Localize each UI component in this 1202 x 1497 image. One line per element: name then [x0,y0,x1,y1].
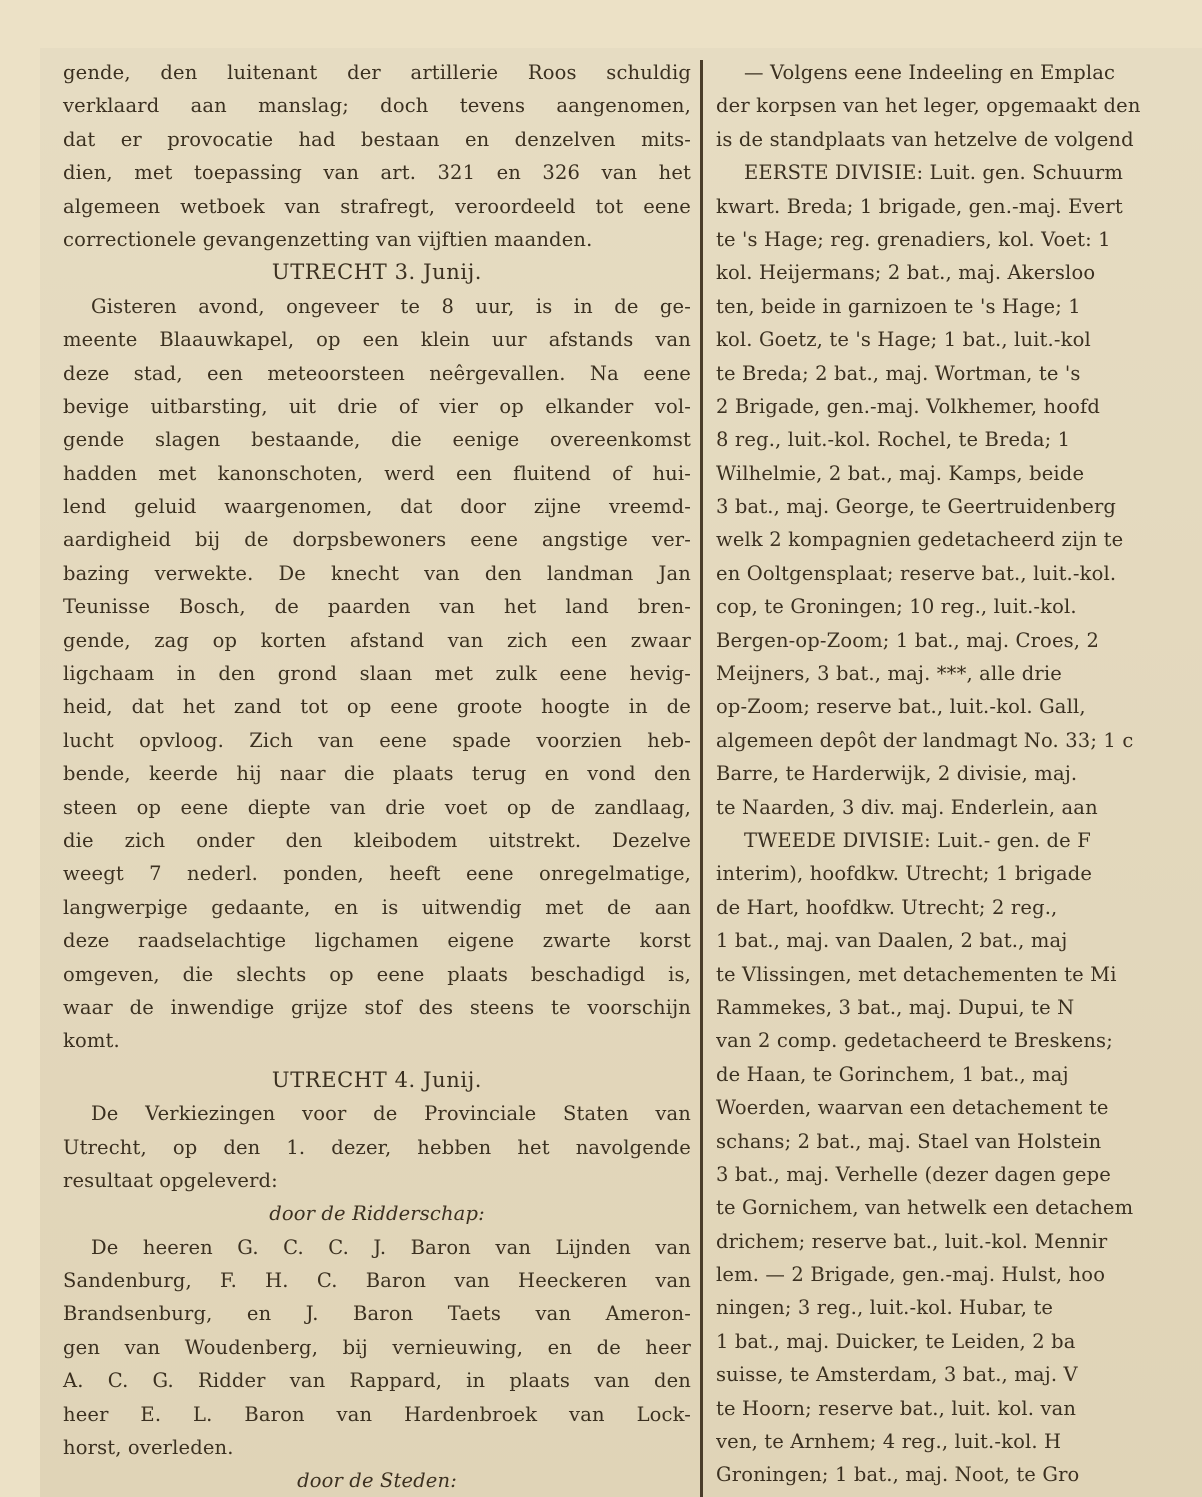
division-heading-line: TWEEDE DIVISIE: Luit.- gen. de F [716,824,1202,857]
text-line: Sandenburg, F. H. C. Baron van Heeckeren… [63,1264,691,1297]
text-line: op-Zoom; reserve bat., luit.-kol. Gall, [716,690,1202,723]
army-dispositions-article: — Volgens eene Indeeling en Emplac der k… [716,56,1202,1492]
text-line: aardigheid bij de dorpsbewoners eene ang… [63,523,691,556]
text-line: te Gornichem, van hetwelk een detachem [716,1191,1202,1224]
article-dateline: UTRECHT 4. Junij. [63,1064,691,1097]
text-line: bevige uitbarsting, uit drie of vier op … [63,390,691,423]
subheading-text: door de Steden: [297,1469,457,1492]
subheading-text: door de Ridderschap: [269,1202,485,1225]
text-line: te Vlissingen, met detachementen te Mi [716,958,1202,991]
text-line: heid, dat het zand tot op eene groote ho… [63,690,691,723]
text-line: 1 bat., maj. van Daalen, 2 bat., maj [716,924,1202,957]
text-line: kol. Goetz, te 's Hage; 1 bat., luit.-ko… [716,323,1202,356]
text-line: 2 Brigade, gen.-maj. Volkhemer, hoofd [716,390,1202,423]
text-line: hadden met kanonschoten, werd een fluite… [63,457,691,490]
text-line: — Volgens eene Indeeling en Emplac [716,56,1202,89]
text-line: Brandsenburg, en J. Baron Taets van Amer… [63,1297,691,1330]
text-line: van 2 comp. gedetacheerd te Breskens; [716,1024,1202,1057]
text-line: Rammekes, 3 bat., maj. Dupui, te N [716,991,1202,1024]
text-line: ven, te Arnhem; 4 reg., luit.-kol. H [716,1425,1202,1458]
text-line: Utrecht, op den 1. dezer, hebben het nav… [63,1131,691,1164]
text-line: dien, met toepassing van art. 321 en 326… [63,156,691,189]
text-line: De Verkiezingen voor de Provinciale Stat… [63,1097,691,1130]
text-line: kol. Heijermans; 2 bat., maj. Akersloo [716,256,1202,289]
right-column-viewport: — Volgens eene Indeeling en Emplac der k… [708,48,1202,1497]
text-line: Teunisse Bosch, de paarden van het land … [63,590,691,623]
division-heading-line: EERSTE DIVISIE: Luit. gen. Schuurm [716,156,1202,189]
text-line: Groningen; 1 bat., maj. Noot, te Gro [716,1458,1202,1491]
text-line: te Naarden, 3 div. maj. Enderlein, aan [716,791,1202,824]
text-line: deze raadselachtige ligchamen eigene zwa… [63,924,691,957]
text-line: cop, te Groningen; 10 reg., luit.-kol. [716,590,1202,623]
text-line: drichem; reserve bat., luit.-kol. Mennir [716,1225,1202,1258]
text-line: horst, overleden. [63,1431,691,1464]
text-line: Wilhelmie, 2 bat., maj. Kamps, beide [716,457,1202,490]
text-line: gende, den luitenant der artillerie Roos… [63,56,691,89]
text-line: meente Blaauwkapel, op een klein uur afs… [63,323,691,356]
text-line: algemeen depôt der landmagt No. 33; 1 c [716,724,1202,757]
text-line: bazing verwekte. De knecht van den landm… [63,557,691,590]
text-line: is de standplaats van hetzelve de volgen… [716,123,1202,156]
text-line: 3 bat., maj. Verhelle (dezer dagen gepe [716,1158,1202,1191]
text-line: te Breda; 2 bat., maj. Wortman, te 's [716,357,1202,390]
text-line: Barre, te Harderwijk, 2 divisie, maj. [716,757,1202,790]
text-line: bende, keerde hij naar die plaats terug … [63,757,691,790]
text-line: 3 bat., maj. George, te Geertruidenberg [716,490,1202,523]
text-line: Bergen-op-Zoom; 1 bat., maj. Croes, 2 [716,624,1202,657]
text-line: gen van Woudenberg, bij vernieuwing, en … [63,1331,691,1364]
text-line: gende slagen bestaande, die eenige overe… [63,423,691,456]
text-line: correctionele gevangenzetting van vijfti… [63,223,691,256]
text-line: A. C. G. Ridder van Rappard, in plaats v… [63,1364,691,1397]
text-line: gende, zag op korten afstand van zich ee… [63,624,691,657]
text-line: steen op eene diepte van drie voet op de… [63,791,691,824]
text-line: deze stad, een meteoorsteen neêrgevallen… [63,357,691,390]
subheading-steden: door de Steden: [63,1464,691,1497]
text-line: die zich onder den kleibodem uitstrekt. … [63,824,691,857]
text-line: welk 2 kompagnien gedetacheerd zijn te [716,523,1202,556]
text-line: 8 reg., luit.-kol. Rochel, te Breda; 1 [716,423,1202,456]
text-line: algemeen wetboek van strafregt, veroorde… [63,190,691,223]
text-line: ten, beide in garnizoen te 's Hage; 1 [716,290,1202,323]
text-line: en Ooltgensplaat; reserve bat., luit.-ko… [716,557,1202,590]
text-line: schans; 2 bat., maj. Stael van Holstein [716,1125,1202,1158]
text-line: heer E. L. Baron van Hardenbroek van Loc… [63,1398,691,1431]
text-line: dat er provocatie had bestaan en denzelv… [63,123,691,156]
text-line: te Hoorn; reserve bat., luit. kol. van [716,1392,1202,1425]
text-line: waar de inwendige grijze stof des steens… [63,991,691,1024]
text-line: lucht opvloog. Zich van eene spade voorz… [63,724,691,757]
election-article: UTRECHT 4. Junij. De Verkiezingen voor d… [63,1064,691,1497]
text-line: 1 bat., maj. Duicker, te Leiden, 2 ba [716,1325,1202,1358]
text-line: verklaard aan manslag; doch tevens aange… [63,89,691,122]
text-line: ningen; 3 reg., luit.-kol. Hubar, te [716,1291,1202,1324]
text-line: ligchaam in den grond slaan met zulk een… [63,657,691,690]
text-line: Gisteren avond, ongeveer te 8 uur, is in… [63,290,691,323]
text-line: omgeven, die slechts op eene plaats besc… [63,958,691,991]
text-line: lem. — 2 Brigade, gen.-maj. Hulst, hoo [716,1258,1202,1291]
text-line: kwart. Breda; 1 brigade, gen.-maj. Evert [716,190,1202,223]
text-line: te 's Hage; reg. grenadiers, kol. Voet: … [716,223,1202,256]
column-divider [700,60,703,1497]
text-line: De heeren G. C. C. J. Baron van Lijnden … [63,1231,691,1264]
article-dateline: UTRECHT 3. Junij. [63,256,691,289]
text-line: resultaat opgeleverd: [63,1164,691,1197]
text-line: langwerpige gedaante, en is uitwendig me… [63,891,691,924]
meteorite-article: UTRECHT 3. Junij. Gisteren avond, ongeve… [63,256,691,1057]
right-column: — Volgens eene Indeeling en Emplac der k… [716,56,1202,1492]
left-column: gende, den luitenant der artillerie Roos… [63,56,691,1497]
text-line: de Hart, hoofdkw. Utrecht; 2 reg., [716,891,1202,924]
text-line: interim), hoofdkw. Utrecht; 1 brigade [716,857,1202,890]
text-line: komt. [63,1024,691,1057]
text-line: Woerden, waarvan een detachement te [716,1091,1202,1124]
text-line: der korpsen van het leger, opgemaakt den [716,89,1202,122]
text-line: suisse, te Amsterdam, 3 bat., maj. V [716,1358,1202,1391]
text-line: weegt 7 nederl. ponden, heeft eene onreg… [63,857,691,890]
text-line: lend geluid waargenomen, dat door zijne … [63,490,691,523]
text-line: Meijners, 3 bat., maj. ***, alle drie [716,657,1202,690]
text-line: de Haan, te Gorinchem, 1 bat., maj [716,1058,1202,1091]
subheading-ridderschap: door de Ridderschap: [63,1197,691,1230]
court-verdict-article: gende, den luitenant der artillerie Roos… [63,56,691,256]
